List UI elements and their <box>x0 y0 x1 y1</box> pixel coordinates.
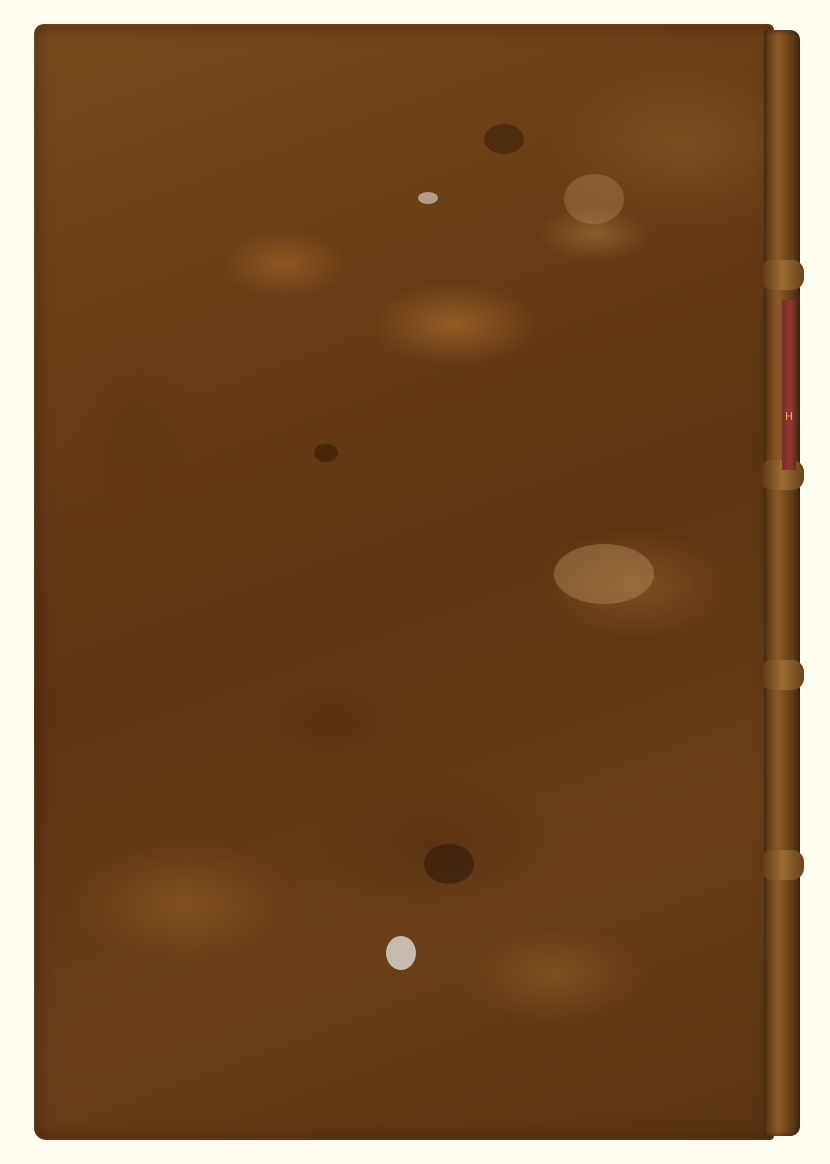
scuff-mark <box>418 192 438 204</box>
spine-raised-band <box>760 660 804 690</box>
spine-raised-band <box>760 850 804 880</box>
spine-raised-band <box>760 260 804 290</box>
book: H <box>34 24 804 1140</box>
worn-patch <box>554 544 654 604</box>
worn-patch <box>564 174 624 224</box>
spine-title-label: H <box>782 300 796 470</box>
spine-label-text: H <box>782 410 796 423</box>
book-spine: H <box>764 30 800 1136</box>
leather-back-cover <box>34 24 774 1140</box>
scuff-mark <box>386 936 416 970</box>
dark-stain <box>314 444 338 462</box>
dark-stain <box>424 844 474 884</box>
dark-stain <box>484 124 524 154</box>
